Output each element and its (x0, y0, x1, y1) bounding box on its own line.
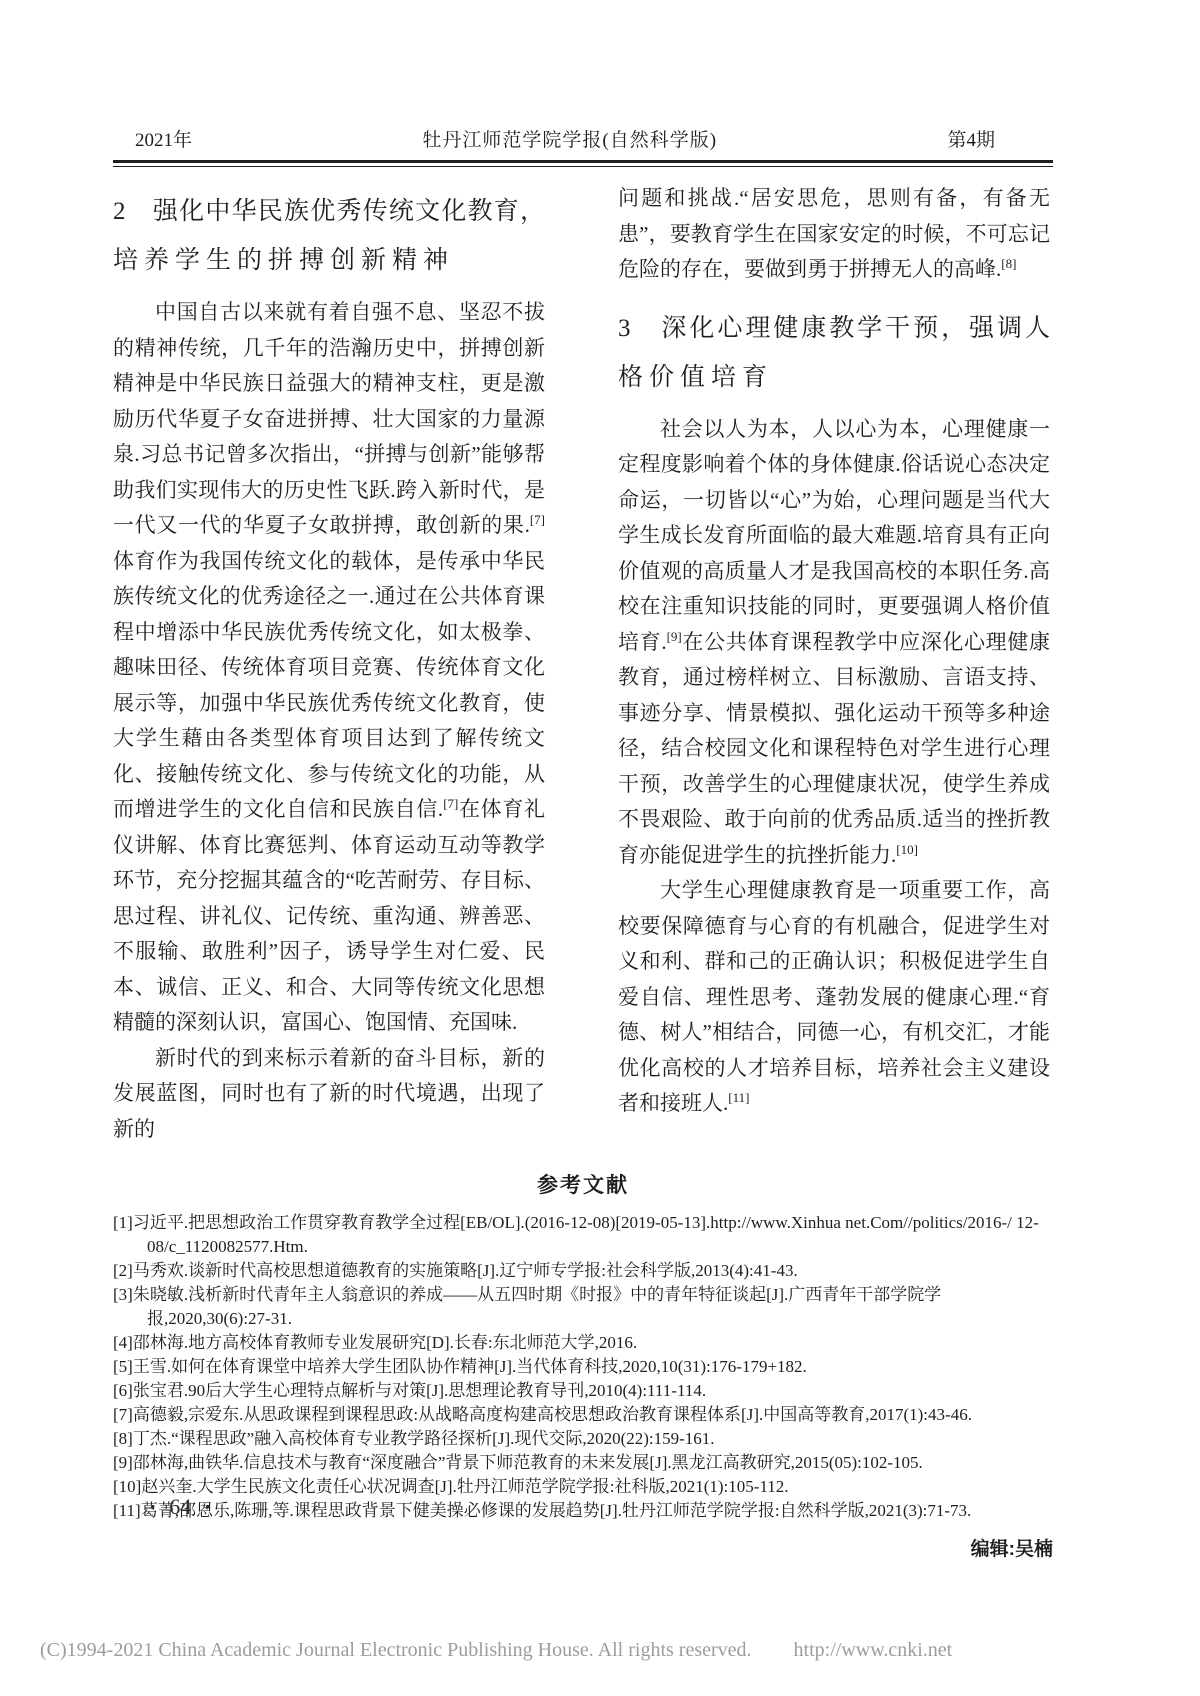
left-column: 2 强化中华民族优秀传统文化教育， 培养学生的拼搏创新精神 中国自古以来就有着自… (113, 181, 545, 1147)
reference-item: [10]赵兴奎.大学生民族文化责任心状况调查[J].牡丹江师范学院学报:社科版,… (113, 1475, 1053, 1499)
cnki-url: http://www.cnki.net (794, 1639, 953, 1661)
paragraph-continuation: 问题和挑战.“居安思危，思则有备，有备无患”，要教育学生在国家安定的时候，不可忘… (618, 181, 1050, 288)
running-head: 2021年 牡丹江师范学院学报(自然科学版) 第4期 (113, 128, 1053, 160)
reference-item: [5]王雪.如何在体育课堂中培养大学生团队协作精神[J].当代体育科技,2020… (113, 1355, 1053, 1379)
page-number-bullet: • (205, 1500, 210, 1516)
paragraph: 中国自古以来就有着自强不息、坚忍不拔的精神传统，几千年的浩瀚历史中，拼搏创新精神… (113, 295, 545, 1041)
reference-item: [3]朱晓敏.浅析新时代青年主人翁意识的养成——从五四时期《时报》中的青年特征谈… (113, 1283, 1053, 1331)
reference-item: [11]葛菁,邵恩乐,陈珊,等.课程思政背景下健美操必修课的发展趋势[J].牡丹… (113, 1499, 1053, 1523)
header-journal-title: 牡丹江师范学院学报(自然科学版) (192, 128, 947, 154)
section-2-heading: 2 强化中华民族优秀传统文化教育， 培养学生的拼搏创新精神 (113, 187, 545, 285)
paragraph: 社会以人为本，人以心为本，心理健康一定程度影响着个体的身体健康.俗话说心态决定命… (618, 412, 1050, 874)
page-number: •64• (150, 1494, 211, 1520)
reference-item: [9]邵林海,曲铁华.信息技术与教育“深度融合”背景下师范教育的未来发展[J].… (113, 1451, 1053, 1475)
header-issue: 第4期 (947, 128, 995, 154)
reference-item: [4]邵林海.地方高校体育教师专业发展研究[D].长春:东北师范大学,2016. (113, 1331, 1053, 1355)
reference-item: [7]高德毅,宗爱东.从思政课程到课程思政:从战略高度构建高校思想政治教育课程体… (113, 1403, 1053, 1427)
reference-item: [6]张宝君.90后大学生心理特点解析与对策[J].思想理论教育导刊,2010(… (113, 1379, 1053, 1403)
heading-line: 2 强化中华民族优秀传统文化教育， (113, 187, 545, 236)
right-column: 问题和挑战.“居安思危，思则有备，有备无患”，要教育学生在国家安定的时候，不可忘… (618, 181, 1050, 1147)
article-body: 2 强化中华民族优秀传统文化教育， 培养学生的拼搏创新精神 中国自古以来就有着自… (113, 181, 1053, 1147)
page-number-value: 64 (169, 1494, 191, 1519)
reference-item: [2]马秀欢.谈新时代高校思想道德教育的实施策略[J].辽宁师专学报:社会科学版… (113, 1259, 1053, 1283)
page-number-bullet: • (150, 1500, 155, 1516)
header-year: 2021年 (135, 128, 192, 154)
journal-page: 2021年 牡丹江师范学院学报(自然科学版) 第4期 2 强化中华民族优秀传统文… (0, 0, 1200, 1696)
references-section: 参考文献 [1]习近平.把思想政治工作贯穿教育教学全过程[EB/OL].(201… (113, 1171, 1053, 1523)
paragraph: 大学生心理健康教育是一项重要工作，高校要保障德育与心育的有机融合，促进学生对义和… (618, 873, 1050, 1122)
references-title: 参考文献 (113, 1171, 1053, 1201)
page-content: 2021年 牡丹江师范学院学报(自然科学版) 第4期 2 强化中华民族优秀传统文… (113, 128, 1053, 1563)
paragraph: 新时代的到来标示着新的奋斗目标，新的发展蓝图，同时也有了新的时代境遇，出现了新的 (113, 1041, 545, 1148)
reference-item: [8]丁杰.“课程思政”融入高校体育专业教学路径探析[J].现代交际,2020(… (113, 1427, 1053, 1451)
copyright-text: (C)1994-2021 China Academic Journal Elec… (40, 1639, 752, 1661)
heading-line: 3 深化心理健康教学干预，强调人 (618, 304, 1050, 353)
copyright-footer: (C)1994-2021 China Academic Journal Elec… (40, 1638, 1160, 1662)
section-3-heading: 3 深化心理健康教学干预，强调人 格价值培育 (618, 304, 1050, 402)
header-rule (113, 160, 1053, 167)
heading-line: 格价值培育 (618, 353, 1050, 402)
editor-credit: 编辑:吴楠 (113, 1537, 1053, 1563)
reference-item: [1]习近平.把思想政治工作贯穿教育教学全过程[EB/OL].(2016-12-… (113, 1211, 1053, 1259)
heading-line: 培养学生的拼搏创新精神 (113, 236, 545, 285)
